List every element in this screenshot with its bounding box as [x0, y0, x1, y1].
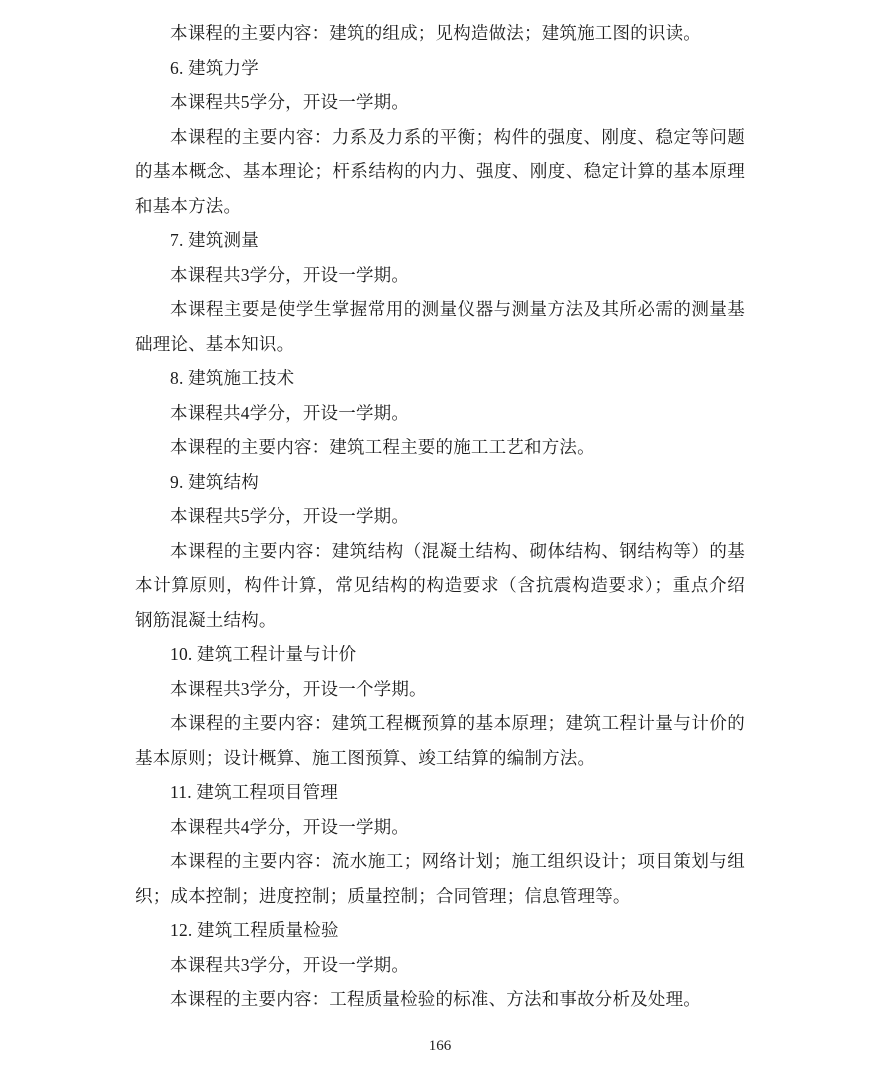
paragraph: 本课程的主要内容：建筑工程主要的施工工艺和方法。 [135, 430, 745, 465]
paragraph: 本课程的主要内容：流水施工；网络计划；施工组织设计；项目策划与组织；成本控制；进… [135, 844, 745, 913]
paragraph: 本课程共5学分，开设一学期。 [135, 85, 745, 120]
course-heading: 10. 建筑工程计量与计价 [135, 637, 745, 672]
document-page: 本课程的主要内容：建筑的组成；见构造做法；建筑施工图的识读。6. 建筑力学本课程… [0, 0, 880, 1084]
course-heading: 12. 建筑工程质量检验 [135, 913, 745, 948]
paragraph: 本课程共3学分，开设一学期。 [135, 258, 745, 293]
paragraph: 本课程共3学分，开设一学期。 [135, 948, 745, 983]
paragraph: 本课程共4学分，开设一学期。 [135, 810, 745, 845]
paragraph: 本课程主要是使学生掌握常用的测量仪器与测量方法及其所必需的测量基础理论、基本知识… [135, 292, 745, 361]
paragraph: 本课程的主要内容：力系及力系的平衡；构件的强度、刚度、稳定等问题的基本概念、基本… [135, 120, 745, 224]
footer-page-number: 166 [0, 1038, 880, 1055]
course-heading: 11. 建筑工程项目管理 [135, 775, 745, 810]
document-body: 本课程的主要内容：建筑的组成；见构造做法；建筑施工图的识读。6. 建筑力学本课程… [135, 16, 745, 1017]
paragraph: 本课程的主要内容：建筑结构（混凝土结构、砌体结构、钢结构等）的基本计算原则，构件… [135, 534, 745, 638]
paragraph: 本课程的主要内容：工程质量检验的标准、方法和事故分析及处理。 [135, 982, 745, 1017]
course-heading: 7. 建筑测量 [135, 223, 745, 258]
paragraph: 本课程共3学分，开设一个学期。 [135, 672, 745, 707]
course-heading: 6. 建筑力学 [135, 51, 745, 86]
paragraph: 本课程共5学分，开设一学期。 [135, 499, 745, 534]
course-heading: 9. 建筑结构 [135, 465, 745, 500]
course-heading: 8. 建筑施工技术 [135, 361, 745, 396]
paragraph: 本课程共4学分，开设一学期。 [135, 396, 745, 431]
paragraph: 本课程的主要内容：建筑的组成；见构造做法；建筑施工图的识读。 [135, 16, 745, 51]
paragraph: 本课程的主要内容：建筑工程概预算的基本原理；建筑工程计量与计价的基本原则；设计概… [135, 706, 745, 775]
